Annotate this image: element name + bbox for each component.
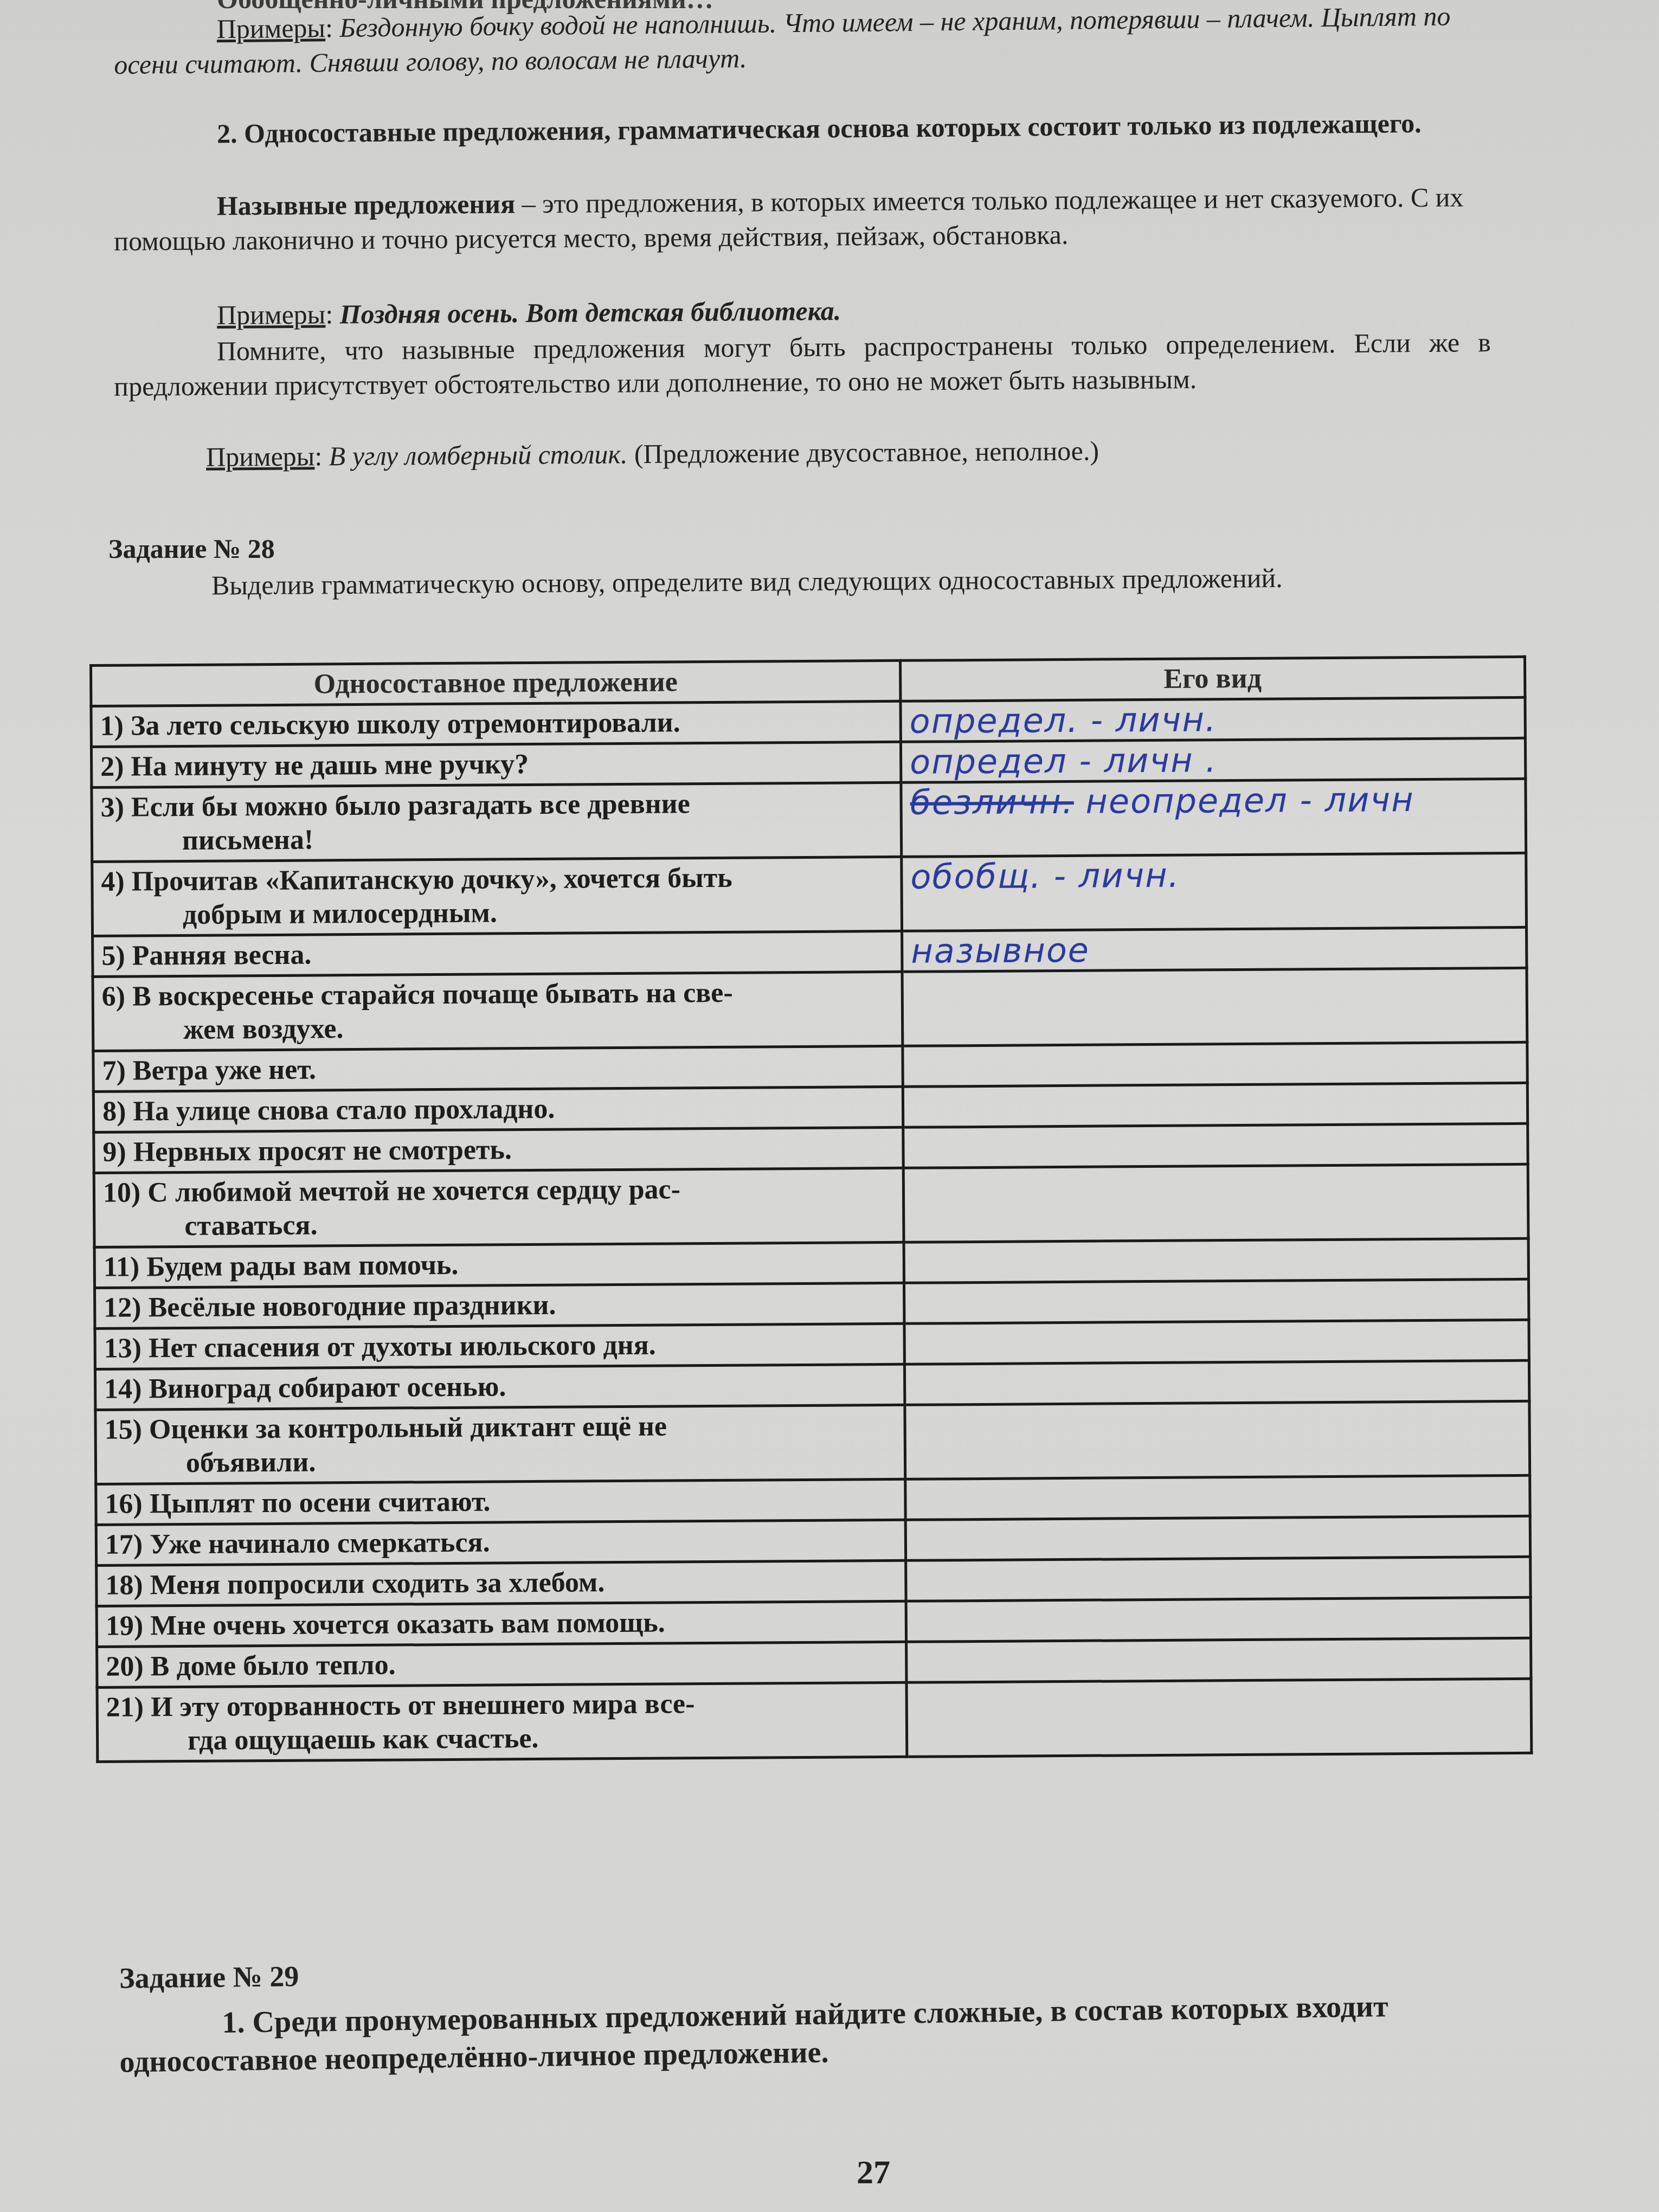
sentence-cell: 13) Нет спасения от духоты июльского дня… [95,1323,904,1369]
answer-cell[interactable]: определ - личн . [901,738,1525,782]
answer-cell[interactable] [905,1401,1530,1479]
task-29-item-1-text: 1. Среди пронумерованных предложений най… [119,1990,1388,2079]
sentence-cell: 17) Уже начинало смеркаться. [96,1520,905,1565]
answer-cell[interactable] [903,1083,1527,1127]
header-sentence: Односоставное предложение [91,660,901,706]
task-28-instruction: Выделив грамматическую основу, определит… [108,559,1496,603]
sentence-cell: 20) В доме было тепло. [97,1642,906,1687]
section-2-heading-text: 2. Односоставные предложения, грамматиче… [217,108,1422,149]
sentence-cell: 15) Оценки за контрольный диктант ещё не… [95,1405,905,1484]
task-29-item-1: 1. Среди пронумерованных предложений най… [119,1985,1573,2081]
examples-label: Примеры [206,441,315,472]
sentence-line-1: 20) В доме было тепло. [106,1650,396,1682]
examples-label: Примеры [217,299,326,330]
sentence-line-1: 14) Виноград собирают осенью. [104,1371,506,1405]
sentence-line-1: 19) Мне очень хочется оказать вам помощь… [106,1607,665,1642]
task-29-title: Задание № 29 [119,1959,299,1995]
answer-cell[interactable] [904,1360,1529,1405]
sentence-cell: 14) Виноград собирают осенью. [95,1364,904,1410]
sentence-line-2: добрым и милосердным. [101,894,893,933]
sentence-cell: 19) Мне очень хочется оказать вам помощь… [97,1601,906,1647]
sentence-cell: 11) Будем рады вам помочь. [94,1242,904,1288]
nazyvnye-definition: Назывные предложения – это предложения, … [114,179,1491,259]
section-2-heading: 2. Односоставные предложения, грамматиче… [114,105,1491,152]
nazyvnye-term: Назывные предложения [217,189,516,221]
answer-cell[interactable] [903,1164,1528,1242]
sentence-line-1: 21) И эту оторванность от внешнего мира … [106,1688,695,1723]
answer-cell[interactable] [906,1679,1532,1757]
sentence-cell: 4) Прочитав «Капитанскую дочку», хочется… [92,857,902,936]
table-row: 15) Оценки за контрольный диктант ещё не… [95,1401,1530,1484]
sentence-cell: 10) С любимой мечтой не хочется сердцу р… [94,1168,904,1247]
sentence-line-1: 12) Весёлые новогодние праздники. [104,1290,556,1323]
table-row: 21) И эту оторванность от внешнего мира … [97,1679,1532,1761]
sentence-cell: 5) Ранняя весна. [93,931,902,976]
handwritten-answer: определ - личн . [910,740,1217,781]
table-row: 4) Прочитав «Капитанскую дочку», хочется… [92,853,1527,936]
sentence-cell: 12) Весёлые новогодние праздники. [95,1283,904,1328]
sentence-cell: 21) И эту оторванность от внешнего мира … [97,1682,907,1761]
examples-paragraph-1: Примеры: Бездонную бочку водой не наполн… [113,0,1491,82]
answer-cell[interactable] [903,1042,1527,1086]
examples-paragraph-2: Примеры: Поздняя осень. Вот детская библ… [217,293,841,332]
table-row: 3) Если бы можно было разгадать все древ… [92,779,1526,861]
sentence-cell: 9) Нервных просят не смотреть. [94,1127,903,1173]
handwritten-answer: определ. - личн. [909,699,1217,741]
sentence-cell: 16) Цыплят по осени считают. [96,1479,905,1525]
handwritten-answer: обобщ. - личн. [910,856,1180,897]
remember-note-text: Помните, что назывные предложения могут … [114,327,1491,402]
sentence-line-2: ставаться. [103,1205,895,1244]
task-28-table: Односоставное предложение Его вид 1) За … [89,655,1533,1763]
examples-text: В углу ломберный столик. [329,439,628,471]
examples-text: Поздняя осень. Вот детская библиотека. [340,295,841,329]
header-type: Его вид [900,657,1525,701]
sentence-line-1: 13) Нет спасения от духоты июльского дня… [104,1330,656,1364]
sentence-cell: 1) За лето сельскую школу отремонтировал… [91,701,901,747]
textbook-page: Обобщённо-личными предложениями… Примеры… [0,0,1659,2212]
answer-cell[interactable]: безличн. неопредел - личн [901,779,1526,857]
examples-paragraph-3: Примеры: В углу ломберный столик. (Предл… [206,433,1099,474]
answer-cell[interactable] [906,1597,1531,1642]
answer-cell[interactable] [903,1123,1528,1168]
sentence-cell: 6) В воскресенье старайся почаще бывать … [93,972,903,1051]
sentence-line-1: 9) Нервных просят не смотреть. [102,1134,512,1168]
task-28-instruction-text: Выделив грамматическую основу, определит… [211,563,1283,601]
sentence-line-1: 2) На минуту не дашь мне ручку? [100,749,529,782]
sentence-line-1: 7) Ветра уже нет. [102,1054,316,1086]
table-body: 1) За лето сельскую школу отремонтировал… [91,697,1532,1761]
sentence-line-2: гда ощущаешь как счастье. [106,1720,898,1758]
sentence-line-1: 18) Меня попросили сходить за хлебом. [105,1567,605,1601]
answer-cell[interactable] [904,1320,1529,1364]
examples-note: (Предложение двусоставное, неполное.) [627,435,1099,469]
sentence-line-1: 15) Оценки за контрольный диктант ещё не [104,1411,667,1445]
sentence-line-2: жем воздухе. [102,1009,893,1047]
table-row: 10) С любимой мечтой не хочется сердцу р… [94,1164,1528,1247]
answer-cell[interactable] [904,1279,1529,1323]
remember-note: Помните, что назывные предложения могут … [114,325,1491,404]
answer-cell[interactable] [906,1557,1531,1601]
sentence-cell: 18) Меня попросили сходить за хлебом. [97,1560,906,1606]
sentence-cell: 8) На улице снова стало прохладно. [93,1086,903,1132]
page-number: 27 [857,2155,890,2190]
table-row: 6) В воскресенье старайся почаще бывать … [93,968,1527,1051]
sentence-line-1: 3) Если бы можно было разгадать все древ… [100,788,690,823]
examples-label: Примеры [216,12,325,44]
sentence-cell: 3) Если бы можно было разгадать все древ… [92,782,902,861]
task-28-title: Задание № 28 [108,531,275,566]
sentence-line-2: письмена! [101,820,892,858]
answer-cell[interactable] [904,1238,1528,1283]
sentence-line-1: 5) Ранняя весна. [101,940,311,972]
sentence-line-2: объявили. [105,1442,896,1481]
handwritten-answer: неопредел - личн [1085,780,1414,821]
handwritten-answer: назывное [911,930,1090,971]
sentence-line-1: 10) С любимой мечтой не хочется сердцу р… [103,1174,680,1208]
sentence-line-1: 11) Будем рады вам помочь. [104,1250,459,1283]
answer-cell[interactable]: назывное [902,927,1527,972]
answer-cell[interactable]: определ. - личн. [901,697,1525,742]
answer-cell[interactable] [902,968,1527,1046]
sentence-cell: 7) Ветра уже нет. [93,1046,903,1091]
sentence-line-1: 6) В воскресенье старайся почаще бывать … [102,978,733,1012]
sentence-line-1: 17) Уже начинало смеркаться. [105,1527,490,1560]
sentence-line-1: 1) За лето сельскую школу отремонтировал… [100,707,680,742]
sentence-cell: 2) На минуту не дашь мне ручку? [91,742,901,787]
answer-cell[interactable] [905,1516,1530,1560]
answer-cell[interactable]: обобщ. - личн. [902,853,1527,931]
sentence-line-1: 8) На улице снова стало прохладно. [102,1094,555,1127]
struck-answer: безличн. [910,782,1074,822]
sentence-line-1: 16) Цыплят по осени считают. [105,1487,490,1520]
answer-cell[interactable] [905,1475,1530,1520]
answer-cell[interactable] [906,1638,1531,1682]
sentence-line-1: 4) Прочитав «Капитанскую дочку», хочется… [101,863,732,897]
